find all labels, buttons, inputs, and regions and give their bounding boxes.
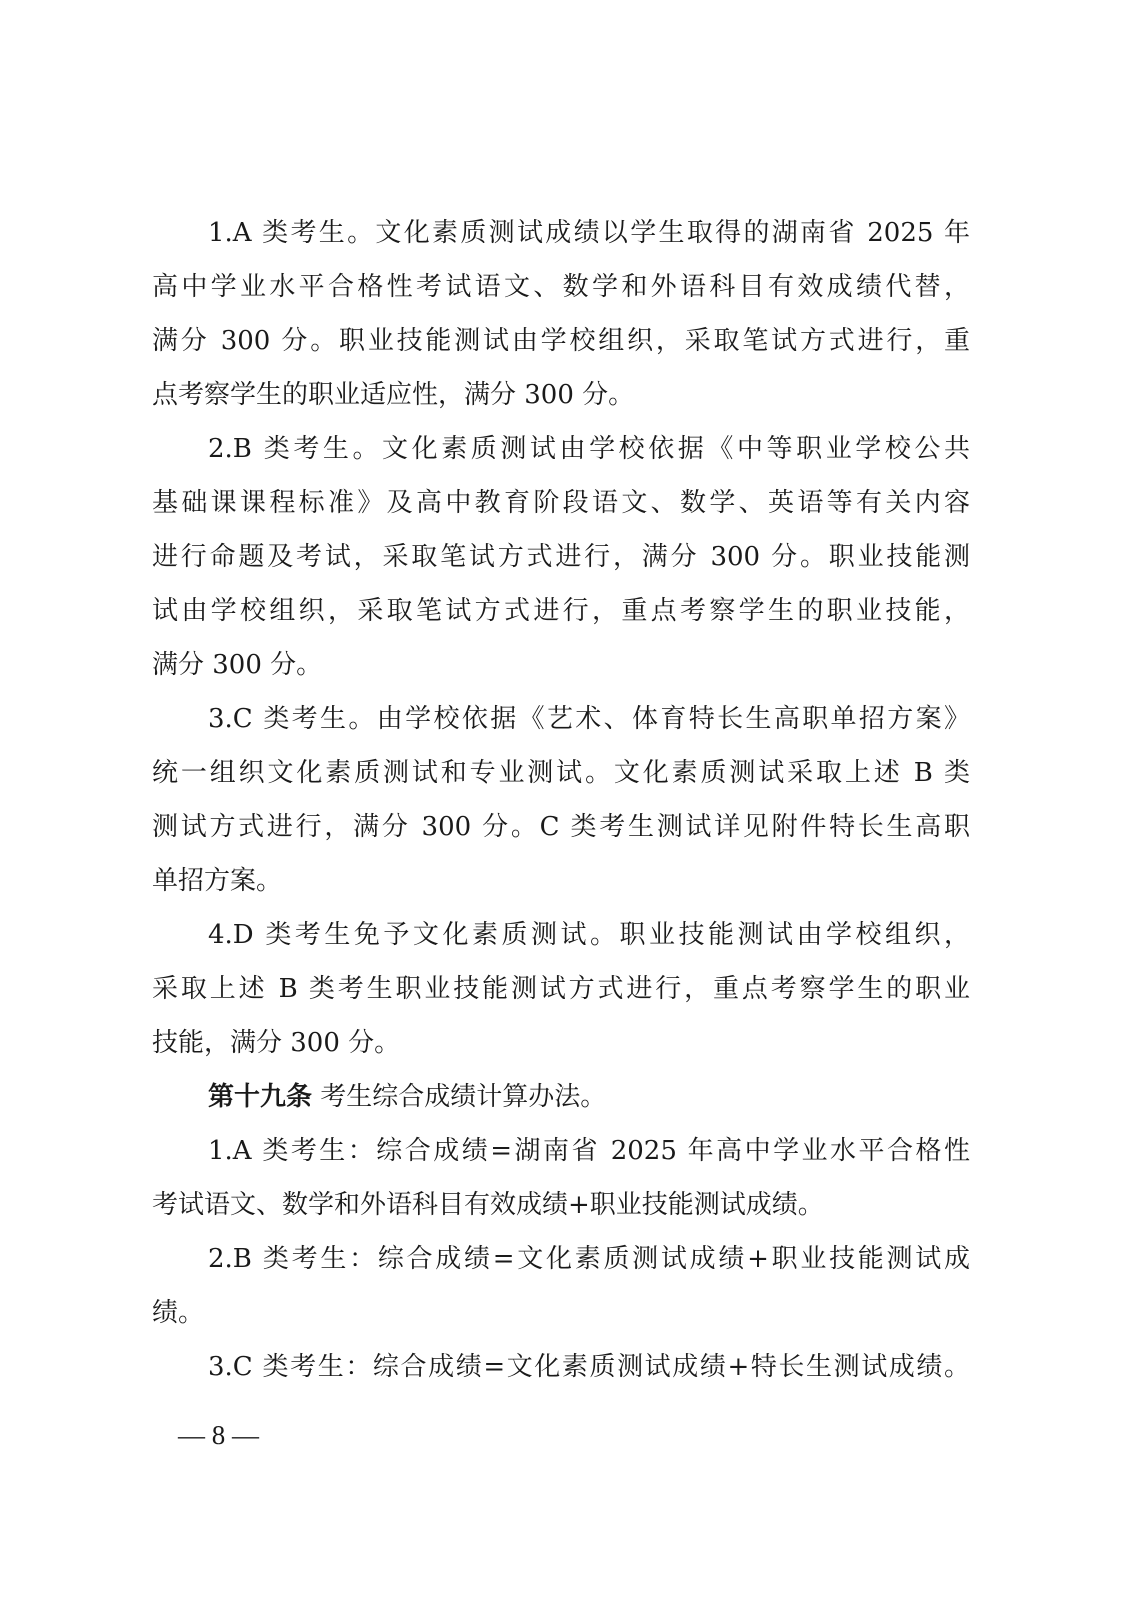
text-line: 高中学业水平合格性考试语文、数学和外语科目有效成绩代替， — [152, 260, 970, 314]
page-number: — 8 — — [178, 1420, 259, 1451]
paragraph-c-category-test: 3.C 类考生。由学校依据《艺术、体育特长生高职单招方案》 统一组织文化素质测试… — [152, 692, 970, 908]
paragraph-d-category-test: 4.D 类考生免予文化素质测试。职业技能测试由学校组织， 采取上述 B 类考生职… — [152, 908, 970, 1070]
text-line: 技能，满分 300 分。 — [152, 1016, 970, 1070]
text-line: 采取上述 B 类考生职业技能测试方式进行，重点考察学生的职业 — [152, 962, 970, 1016]
paragraph-c-category-score: 3.C 类考生：综合成绩=文化素质测试成绩+特长生测试成绩。 — [152, 1340, 970, 1394]
text-line: 满分 300 分。职业技能测试由学校组织，采取笔试方式进行，重 — [152, 314, 970, 368]
text-line: 2.B 类考生：综合成绩=文化素质测试成绩+职业技能测试成 — [152, 1232, 970, 1286]
text-line: 统一组织文化素质测试和专业测试。文化素质测试采取上述 B 类 — [152, 746, 970, 800]
paragraph-a-category-score: 1.A 类考生：综合成绩=湖南省 2025 年高中学业水平合格性 考试语文、数学… — [152, 1124, 970, 1232]
paragraph-b-category-score: 2.B 类考生：综合成绩=文化素质测试成绩+职业技能测试成 绩。 — [152, 1232, 970, 1340]
text-line: 点考察学生的职业适应性，满分 300 分。 — [152, 368, 970, 422]
text-line: 1.A 类考生。文化素质测试成绩以学生取得的湖南省 2025 年 — [152, 206, 970, 260]
text-line: 满分 300 分。 — [152, 638, 970, 692]
text-line: 4.D 类考生免予文化素质测试。职业技能测试由学校组织， — [152, 908, 970, 962]
text-line: 基础课课程标准》及高中教育阶段语文、数学、英语等有关内容 — [152, 476, 970, 530]
article-title: 考生综合成绩计算办法。 — [312, 1082, 606, 1112]
article-19-heading: 第十九条 考生综合成绩计算办法。 — [152, 1070, 970, 1124]
paragraph-a-category-test: 1.A 类考生。文化素质测试成绩以学生取得的湖南省 2025 年 高中学业水平合… — [152, 206, 970, 422]
text-line: 测试方式进行，满分 300 分。C 类考生测试详见附件特长生高职 — [152, 800, 970, 854]
text-line: 3.C 类考生：综合成绩=文化素质测试成绩+特长生测试成绩。 — [152, 1340, 970, 1394]
paragraph-b-category-test: 2.B 类考生。文化素质测试由学校依据《中等职业学校公共 基础课课程标准》及高中… — [152, 422, 970, 692]
text-line: 单招方案。 — [152, 854, 970, 908]
text-line: 绩。 — [152, 1286, 970, 1340]
text-line: 3.C 类考生。由学校依据《艺术、体育特长生高职单招方案》 — [152, 692, 970, 746]
text-line: 进行命题及考试，采取笔试方式进行，满分 300 分。职业技能测 — [152, 530, 970, 584]
article-number: 第十九条 — [208, 1082, 312, 1112]
document-page: 1.A 类考生。文化素质测试成绩以学生取得的湖南省 2025 年 高中学业水平合… — [152, 206, 970, 1394]
text-line: 1.A 类考生：综合成绩=湖南省 2025 年高中学业水平合格性 — [152, 1124, 970, 1178]
text-line: 试由学校组织，采取笔试方式进行，重点考察学生的职业技能， — [152, 584, 970, 638]
text-line: 考试语文、数学和外语科目有效成绩+职业技能测试成绩。 — [152, 1178, 970, 1232]
text-line: 2.B 类考生。文化素质测试由学校依据《中等职业学校公共 — [152, 422, 970, 476]
